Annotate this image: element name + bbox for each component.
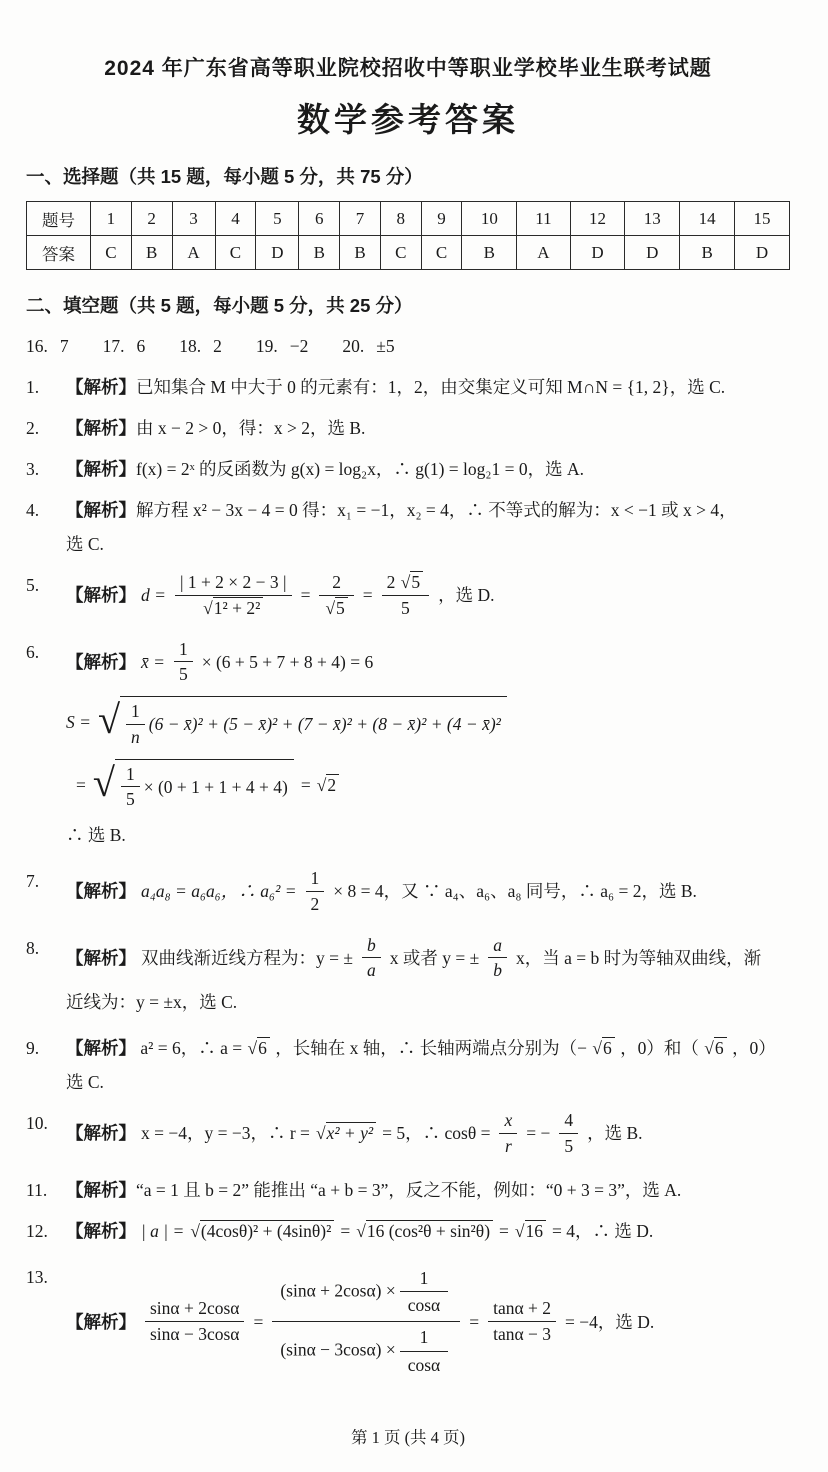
fraction: 1n [126,700,145,749]
item-number: 2. [26,414,66,442]
item-body: 【解析】由 x − 2 > 0，得：x > 2，选 B. [66,414,790,442]
item-text: ，0） [732,1038,776,1058]
item-body: 【解析】解方程 x² − 3x − 4 = 0 得：x₁ = −1，x₂ = 4… [66,496,790,558]
math-text: = [253,1308,263,1336]
item-text: x = −4，y = −3，∴ r = [141,1119,310,1147]
page-footer: 第 1 页 (共 4 页) [26,1394,790,1448]
sqrt: 6 [248,1038,270,1058]
analysis-label: 【解析】 [66,1038,136,1058]
row-label-answer: 答案 [27,236,91,270]
table-cell: B [299,236,340,270]
table-cell: C [421,236,462,270]
math-text: = [340,1217,350,1245]
formula-row: 【解析】 sinα + 2cosαsinα − 3cosα = (sinα + … [66,1263,790,1381]
solution-item-12: 12. 【解析】 | a | = (4cosθ)² + (4sinθ)² = 1… [26,1217,790,1245]
solutions-list: 1. 【解析】已知集合 M 中大于 0 的元素有：1，2，由交集定义可知 M∩N… [26,373,790,1394]
item-text: = −4，选 D. [565,1308,654,1336]
solution-item-6: 6. 【解析】 x̄ = 15 × (6 + 5 + 7 + 8 + 4) = … [26,638,790,850]
formula-row: 【解析】 d = | 1 + 2 × 2 − 3 | 1² + 2² = 2 5… [66,571,790,620]
sqrt: (4cosθ)² + (4sinθ)² [190,1217,334,1245]
item-body: 【解析】f(x) = 2ˣ 的反函数为 g(x) = log₂x，∴ g(1) … [66,455,790,483]
sqrt: 1² + 2² [203,598,263,618]
math-text: d = [141,581,166,609]
item-text: ，0）和（ [620,1038,699,1058]
math-text: S = [66,708,91,736]
formula-row: 【解析】 x = −4，y = −3，∴ r = x² + y² = 5，∴ c… [66,1109,790,1158]
item-number: 1. [26,373,66,401]
item-text: ，选 D. [438,581,494,609]
analysis-label: 【解析】 [66,377,136,397]
table-cell: 14 [680,202,735,236]
table-cell: C [380,236,421,270]
table-cell: 4 [215,202,256,236]
solution-item-13: 13. 【解析】 sinα + 2cosαsinα − 3cosα = (sin… [26,1263,790,1381]
solution-item-9: 9. 【解析】 a² = 6，∴ a = 6 ，长轴在 x 轴，∴ 长轴两端点分… [26,1034,790,1096]
item-body: 【解析】“a = 1 且 b = 2” 能推出 “a + b = 3”，反之不能… [66,1176,790,1204]
fill-answer: 18.2 [179,336,222,357]
table-cell: D [570,236,625,270]
table-cell: 12 [570,202,625,236]
item-body: 【解析】 a₄a₈ = a₆a₆，∴ a₆² = 12 × 8 = 4，又 ∵ … [66,867,790,916]
table-cell: B [340,236,381,270]
analysis-label: 【解析】 [66,1119,136,1147]
sqrt: 6 [704,1038,726,1058]
answer-table-answer-row: 答案 C B A C D B B C C B A D D B D [27,236,790,270]
item-body: 【解析】 x̄ = 15 × (6 + 5 + 7 + 8 + 4) = 6 S… [66,638,790,850]
sqrt: 16 (cos²θ + sin²θ) [356,1217,493,1245]
item-text: 解方程 x² − 3x − 4 = 0 得：x₁ = −1，x₂ = 4，∴ 不… [136,500,737,520]
item-number: 5. [26,571,66,620]
page-title: 2024 年广东省高等职业院校招收中等职业学校毕业生联考试题 [26,52,790,82]
section-choice-heading: 一、选择题（共 15 题，每小题 5 分，共 75 分） [26,163,790,189]
analysis-label: 【解析】 [66,418,136,438]
row-label-question: 题号 [27,202,91,236]
analysis-label: 【解析】 [66,1308,136,1336]
item-text-continued: 选 C. [66,530,790,558]
item-text: ，长轴在 x 轴，∴ 长轴两端点分别为（− [275,1038,587,1058]
formula-row: 【解析】 a² = 6，∴ a = 6 ，长轴在 x 轴，∴ 长轴两端点分别为（… [66,1038,776,1058]
table-cell: D [735,236,790,270]
item-body: 【解析】 x = −4，y = −3，∴ r = x² + y² = 5，∴ c… [66,1109,790,1158]
item-body: 【解析】 a² = 6，∴ a = 6 ，长轴在 x 轴，∴ 长轴两端点分别为（… [66,1034,790,1096]
item-number: 9. [26,1034,66,1096]
item-text: = 5，∴ cosθ = [382,1119,490,1147]
table-cell: C [215,236,256,270]
item-number: 8. [26,934,66,1017]
table-cell: D [256,236,299,270]
table-cell: 2 [131,202,172,236]
item-text-continued: 近线为：y = ±x，选 C. [66,988,790,1016]
solution-item-3: 3. 【解析】f(x) = 2ˣ 的反函数为 g(x) = log₂x，∴ g(… [26,455,790,483]
fraction: ba [362,934,381,983]
math-text: x̄ = [141,648,165,676]
table-cell: B [680,236,735,270]
item-body: 【解析】已知集合 M 中大于 0 的元素有：1，2，由交集定义可知 M∩N = … [66,373,790,401]
solution-item-8: 8. 【解析】 双曲线渐近线方程为：y = ± ba x 或者 y = ± ab… [26,934,790,1017]
item-text: ，选 B. [587,1119,642,1147]
sqrt: 2 [317,771,339,799]
table-cell: B [462,236,517,270]
table-cell: 9 [421,202,462,236]
item-text: x 或者 y = ± [390,944,479,972]
math-text: = [301,581,311,609]
table-cell: A [517,236,570,270]
item-text: 已知集合 M 中大于 0 的元素有：1，2，由交集定义可知 M∩N = {1, … [136,377,725,397]
fraction: (sinα + 2cosα) ×1cosα (sinα − 3cosα) ×1c… [272,1263,460,1381]
table-cell: 3 [172,202,215,236]
math-text: = [76,771,86,799]
item-text: × 8 = 4，又 ∵ a₄、a₆、a₈ 同号，∴ a₆ = 2，选 B. [333,877,697,905]
item-number: 10. [26,1109,66,1158]
formula-row: 【解析】 | a | = (4cosθ)² + (4sinθ)² = 16 (c… [66,1217,790,1245]
solution-item-5: 5. 【解析】 d = | 1 + 2 × 2 − 3 | 1² + 2² = … [26,571,790,620]
math-text: = [363,581,373,609]
fraction: xr [499,1109,517,1158]
solution-item-4: 4. 【解析】解方程 x² − 3x − 4 = 0 得：x₁ = −1，x₂ … [26,496,790,558]
formula-row: S = 1n (6 − x̄)² + (5 − x̄)² + (7 − x̄)²… [66,696,790,749]
table-cell: 5 [256,202,299,236]
item-body: 【解析】 d = | 1 + 2 × 2 − 3 | 1² + 2² = 2 5… [66,571,790,620]
item-number: 3. [26,455,66,483]
formula-row: 【解析】 双曲线渐近线方程为：y = ± ba x 或者 y = ± ab x，… [66,934,790,983]
answer-table: 题号 1 2 3 4 5 6 7 8 9 10 11 12 13 14 15 答… [26,201,790,270]
fraction: 15 [174,638,193,687]
fraction: 1cosα [400,1324,449,1379]
item-text-continued: ∴ 选 B. [66,821,790,849]
item-text: = 4，∴ 选 D. [552,1217,653,1245]
fraction: | 1 + 2 × 2 − 3 | 1² + 2² [175,571,292,620]
fraction: 45 [559,1109,578,1158]
sqrt: x² + y² [316,1119,376,1147]
analysis-label: 【解析】 [66,648,136,676]
section-fill-heading: 二、填空题（共 5 题，每小题 5 分，共 25 分） [26,292,790,318]
sqrt: 15 × (0 + 1 + 1 + 4 + 4) [93,759,294,812]
table-cell: 6 [299,202,340,236]
sqrt: 5 [401,572,423,592]
analysis-label: 【解析】 [66,1180,136,1200]
item-text-continued: 选 C. [66,1068,790,1096]
table-cell: A [172,236,215,270]
sqrt: 5 [325,598,347,618]
analysis-label: 【解析】 [66,1217,136,1245]
table-cell: 1 [91,202,132,236]
solution-item-7: 7. 【解析】 a₄a₈ = a₆a₆，∴ a₆² = 12 × 8 = 4，又… [26,867,790,916]
table-cell: D [625,236,680,270]
table-cell: C [91,236,132,270]
solution-item-1: 1. 【解析】已知集合 M 中大于 0 的元素有：1，2，由交集定义可知 M∩N… [26,373,790,401]
sqrt: 1n (6 − x̄)² + (5 − x̄)² + (7 − x̄)² + (… [98,696,507,749]
analysis-label: 【解析】 [66,581,136,609]
formula-row: 【解析】 a₄a₈ = a₆a₆，∴ a₆² = 12 × 8 = 4，又 ∵ … [66,867,790,916]
fill-answer: 19.−2 [256,336,309,357]
fraction: 1cosα [400,1265,449,1320]
math-text: × (6 + 5 + 7 + 8 + 4) = 6 [202,648,374,676]
item-number: 7. [26,867,66,916]
fill-answers-line: 16.7 17.6 18.2 19.−2 20.±5 [26,336,790,357]
item-text: 双曲线渐近线方程为：y = ± [141,944,353,972]
item-number: 6. [26,638,66,850]
math-text: a₄a₈ = a₆a₆，∴ a₆² = [141,877,297,905]
item-body: 【解析】 | a | = (4cosθ)² + (4sinθ)² = 16 (c… [66,1217,790,1245]
fraction: 15 [121,763,140,812]
document-page: 2024 年广东省高等职业院校招收中等职业学校毕业生联考试题 数学参考答案 一、… [0,0,828,1472]
item-text: x，当 a = b 时为等轴双曲线，渐 [516,944,761,972]
table-cell: 10 [462,202,517,236]
answer-table-number-row: 题号 1 2 3 4 5 6 7 8 9 10 11 12 13 14 15 [27,202,790,236]
math-text: = [469,1308,479,1336]
sqrt: 16 [515,1217,546,1245]
item-number: 4. [26,496,66,558]
fraction: 12 [306,867,325,916]
item-text: f(x) = 2ˣ 的反函数为 g(x) = log₂x，∴ g(1) = lo… [136,459,584,479]
math-text: | a | = [141,1217,184,1245]
fraction: ab [488,934,507,983]
fill-answer: 16.7 [26,336,69,357]
item-text: a² = 6，∴ a = [140,1038,242,1058]
item-number: 13. [26,1263,66,1381]
item-body: 【解析】 sinα + 2cosαsinα − 3cosα = (sinα + … [66,1263,790,1381]
table-cell: 7 [340,202,381,236]
item-number: 12. [26,1217,66,1245]
table-cell: 8 [380,202,421,236]
table-cell: 13 [625,202,680,236]
page-subtitle: 数学参考答案 [26,94,790,141]
item-text: “a = 1 且 b = 2” 能推出 “a + b = 3”，反之不能，例如：… [136,1180,681,1200]
math-text: = − [526,1119,550,1147]
sqrt: 6 [592,1038,614,1058]
solution-item-2: 2. 【解析】由 x − 2 > 0，得：x > 2，选 B. [26,414,790,442]
solution-item-11: 11. 【解析】“a = 1 且 b = 2” 能推出 “a + b = 3”，… [26,1176,790,1204]
formula-row: 【解析】 x̄ = 15 × (6 + 5 + 7 + 8 + 4) = 6 [66,638,790,687]
analysis-label: 【解析】 [66,459,136,479]
fraction: tanα + 2tanα − 3 [488,1297,556,1346]
solution-item-10: 10. 【解析】 x = −4，y = −3，∴ r = x² + y² = 5… [26,1109,790,1158]
fraction: sinα + 2cosαsinα − 3cosα [145,1297,244,1346]
item-text: 由 x − 2 > 0，得：x > 2，选 B. [136,418,365,438]
fraction: 2 5 [319,571,353,620]
fraction: 2 5 5 [382,571,429,620]
item-body: 【解析】 双曲线渐近线方程为：y = ± ba x 或者 y = ± ab x，… [66,934,790,1017]
table-cell: 11 [517,202,570,236]
table-cell: B [131,236,172,270]
table-cell: 15 [735,202,790,236]
analysis-label: 【解析】 [66,944,136,972]
math-text: = [499,1217,509,1245]
formula-row: = 15 × (0 + 1 + 1 + 4 + 4) = 2 [76,759,790,812]
math-text: = [301,771,311,799]
item-number: 11. [26,1176,66,1204]
analysis-label: 【解析】 [66,500,136,520]
fill-answer: 17.6 [103,336,146,357]
analysis-label: 【解析】 [66,877,136,905]
fill-answer: 20.±5 [342,336,394,357]
